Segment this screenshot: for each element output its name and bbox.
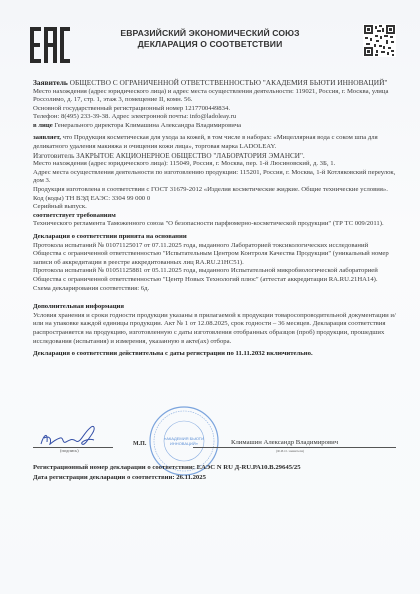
- declaration-page: ЕВРАЗИЙСКИЙ ЭКОНОМИЧЕСКИЙ СОЮЗ ДЕКЛАРАЦИ…: [0, 0, 420, 594]
- registration-number: Регистрационный номер декларации о соотв…: [33, 463, 396, 473]
- tn-ved-code: Код (коды) ТН ВЭД ЕАЭС: 3304 99 000 0: [33, 195, 396, 204]
- declaration-scheme: Схема декларирования соответствия: 6д.: [33, 285, 396, 294]
- applicant-representative: в лице Генерального директора Климашина …: [33, 122, 396, 131]
- additional-info-text: Условия хранения и сроки годности продук…: [33, 312, 396, 346]
- additional-info-label: Дополнительная информация: [33, 303, 396, 312]
- declaration-title: ДЕКЛАРАЦИЯ О СООТВЕТСТВИИ: [84, 39, 336, 50]
- requirements-text: Технического регламента Таможенного союз…: [33, 220, 396, 229]
- basis-protocol-1: Протокола испытаний № 01071125017 от 07.…: [33, 242, 396, 268]
- applicant-ogrn: Основной государственный регистрационный…: [33, 105, 396, 114]
- seal-place-label: М.П.: [133, 441, 146, 447]
- registration-block: Регистрационный номер декларации о соотв…: [33, 463, 396, 483]
- declares-label: заявляет,: [33, 134, 61, 141]
- name-caption: (Ф.И.О. заявителя): [276, 449, 304, 453]
- name-line: [193, 447, 396, 448]
- represented-label: в лице: [33, 122, 53, 129]
- applicant-contacts: Телефон: 8(495) 233-39-38. Адрес электро…: [33, 113, 396, 122]
- basis-protocol-2: Протокола испытаний № 01051125881 от 05.…: [33, 267, 396, 284]
- signatory-name: Климашин Александр Владимирович: [231, 439, 338, 446]
- applicant-address: Место нахождения (адрес юридического лиц…: [33, 88, 396, 105]
- represented-name: Генерального директора Климашина Алексан…: [54, 122, 241, 129]
- requirements-label: соответствует требованиям: [33, 212, 396, 221]
- product-description: что Продукция косметическая для ухода за…: [33, 134, 378, 150]
- signature-caption: (подпись): [60, 448, 79, 453]
- applicant-label: Заявитель: [33, 78, 68, 87]
- svg-text:ИННОВАЦИЙ»: ИННОВАЦИЙ»: [170, 441, 199, 446]
- production-address: Адрес места осуществления деятельности п…: [33, 169, 396, 186]
- registration-date: Дата регистрации декларации о соответств…: [33, 473, 396, 483]
- declares-section: заявляет, что Продукция косметическая дл…: [33, 134, 396, 151]
- applicant-name: ОБЩЕСТВО С ОГРАНИЧЕННОЙ ОТВЕТСТВЕННОСТЬЮ…: [70, 78, 388, 87]
- document-header: ЕВРАЗИЙСКИЙ ЭКОНОМИЧЕСКИЙ СОЮЗ ДЕКЛАРАЦИ…: [24, 20, 396, 70]
- qr-code-icon: [363, 24, 396, 57]
- applicant-section: Заявитель ОБЩЕСТВО С ОГРАНИЧЕННОЙ ОТВЕТС…: [33, 78, 396, 88]
- manufacturer-address: Место нахождения (адрес юридического лиц…: [33, 160, 396, 169]
- basis-label: Декларация о соответствии принята на осн…: [33, 233, 396, 242]
- manufacturer: Изготовитель ЗАКРЫТОЕ АКЦИОНЕРНОЕ ОБЩЕСТ…: [33, 152, 396, 161]
- validity-statement: Декларация о соответствии действительна …: [33, 350, 396, 359]
- union-title: ЕВРАЗИЙСКИЙ ЭКОНОМИЧЕСКИЙ СОЮЗ: [84, 28, 336, 39]
- series-type: Серийный выпуск.: [33, 203, 396, 212]
- declaration-body: Заявитель ОБЩЕСТВО С ОГРАНИЧЕННОЙ ОТВЕТС…: [33, 78, 396, 359]
- product-standard: Продукция изготовлена в соответствии с Г…: [33, 186, 396, 195]
- document-title: ЕВРАЗИЙСКИЙ ЭКОНОМИЧЕСКИЙ СОЮЗ ДЕКЛАРАЦИ…: [84, 28, 336, 50]
- signature-icon: [38, 420, 113, 450]
- eac-logo-icon: [28, 23, 72, 67]
